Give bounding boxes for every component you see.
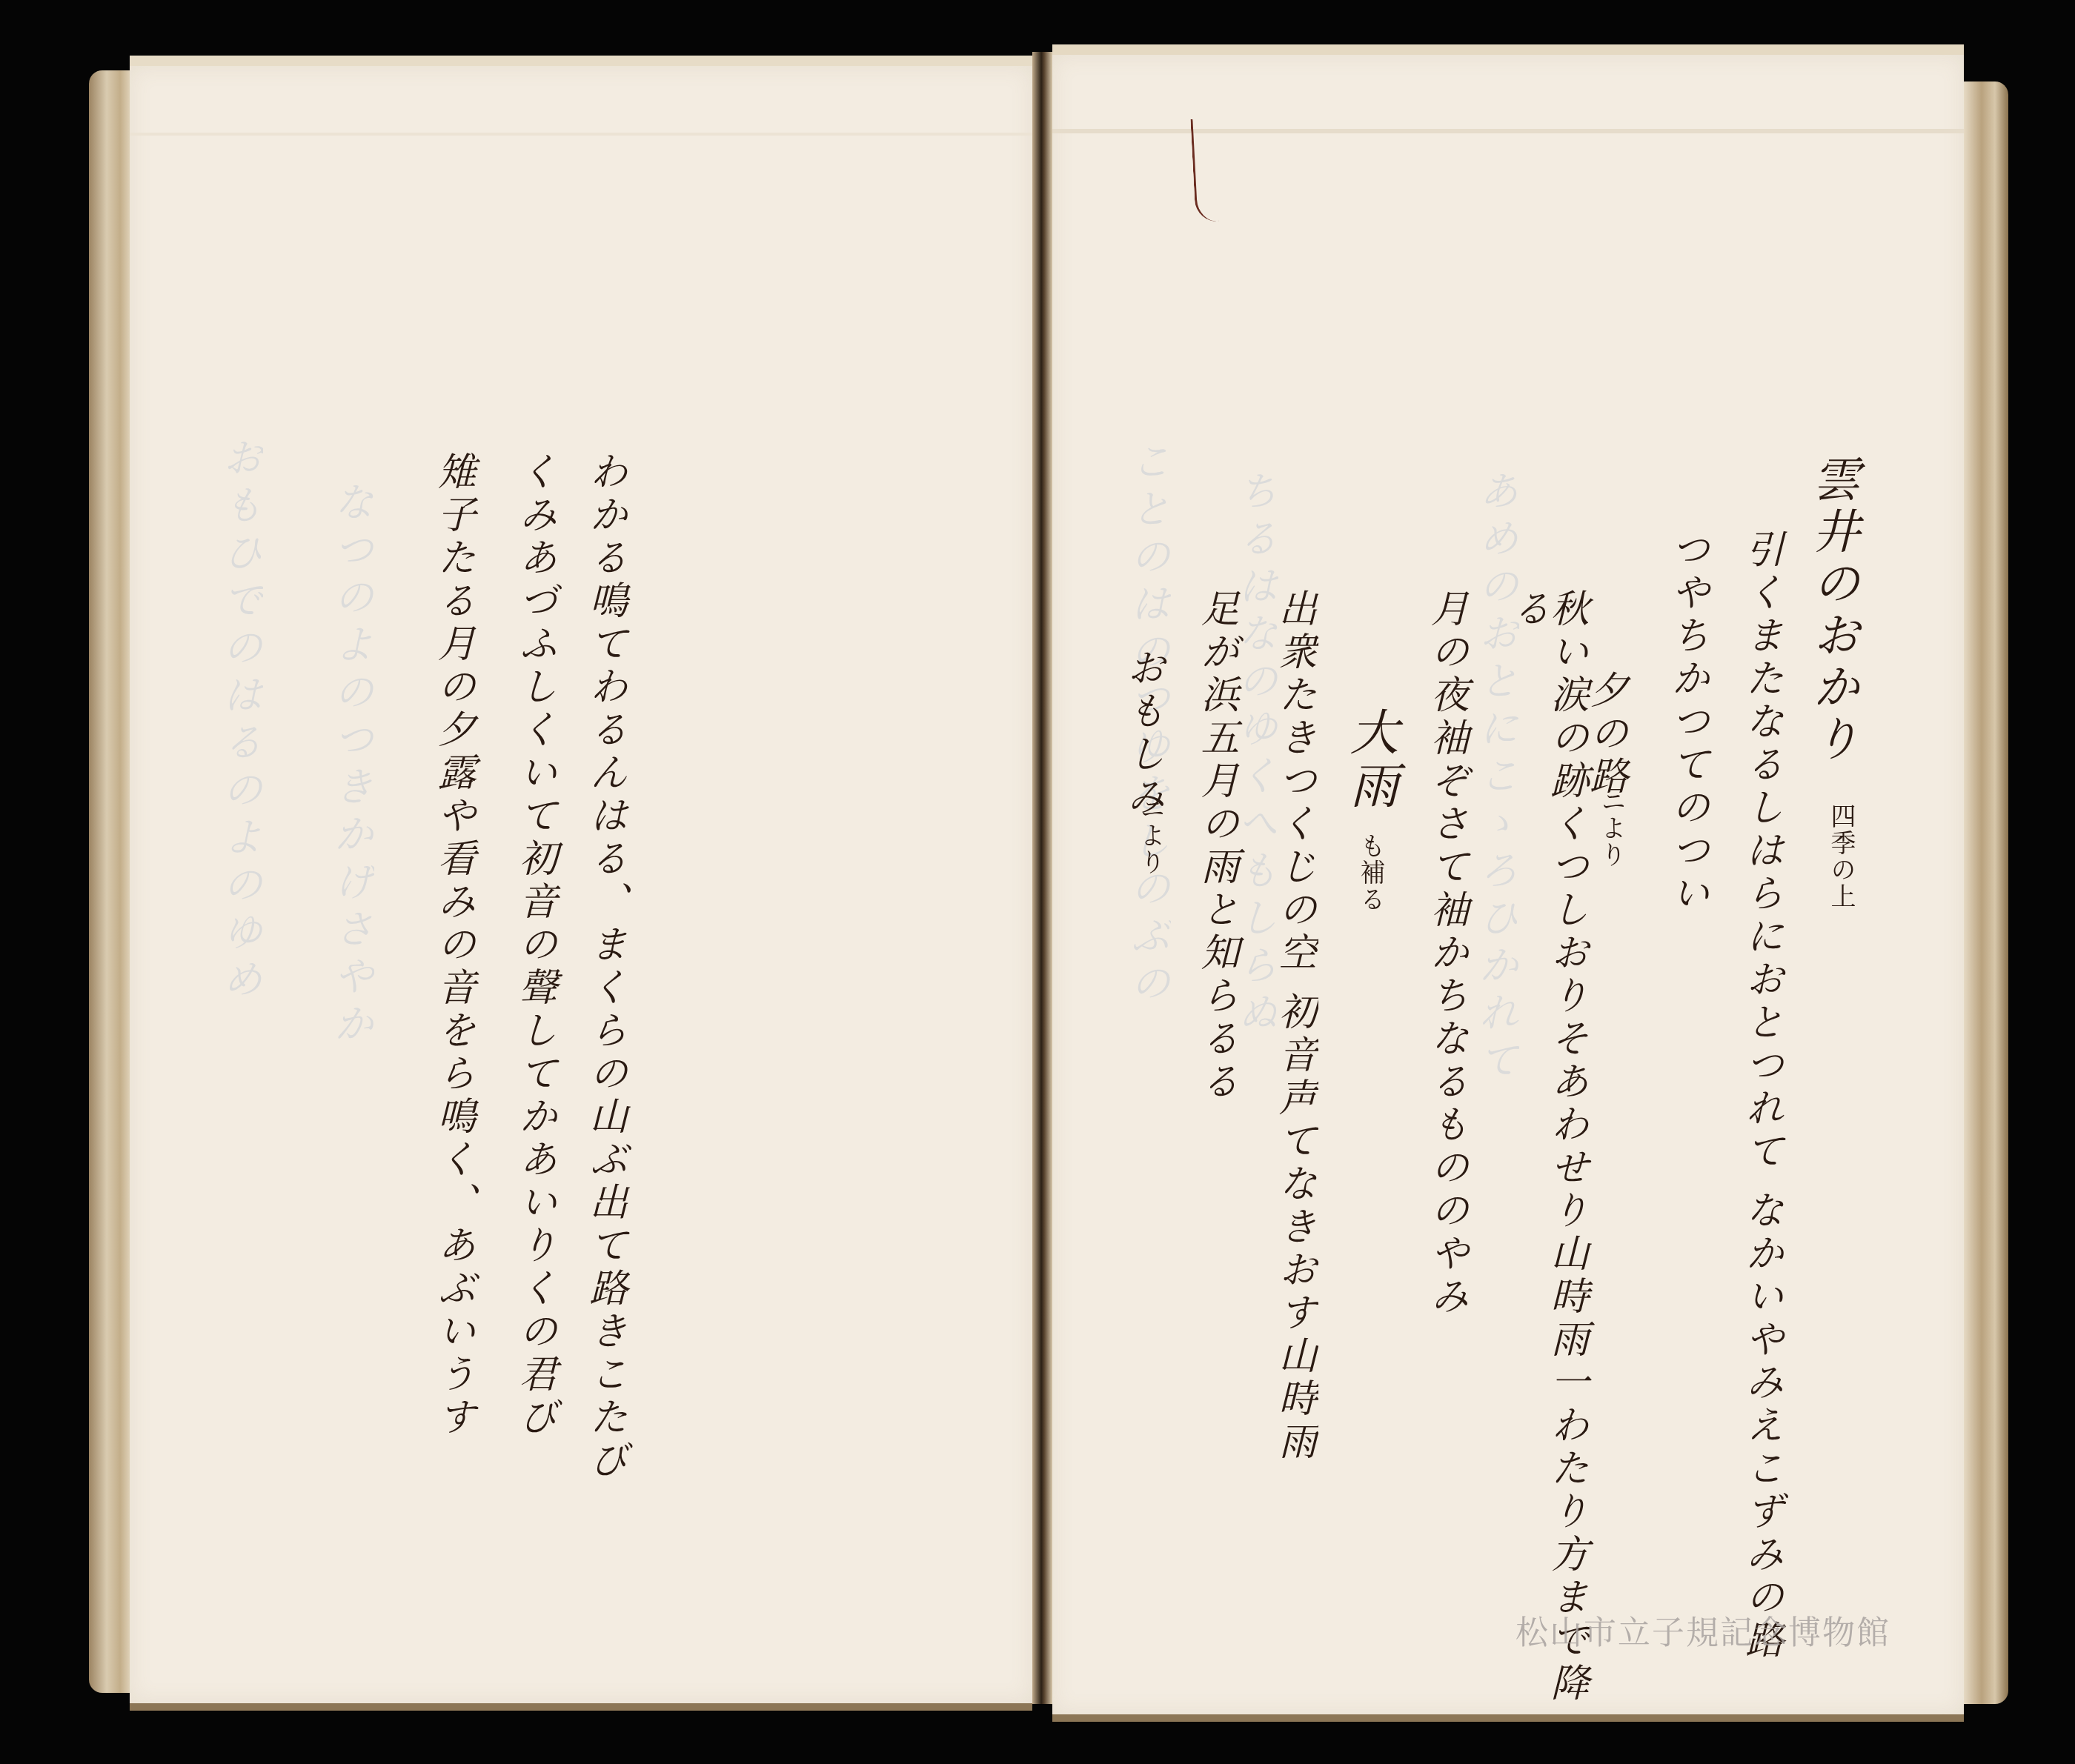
manuscript-heading: 雲井のおかり (1808, 455, 1856, 766)
book-gutter (1032, 52, 1052, 1704)
left-page-edges (89, 70, 133, 1693)
manuscript-annotation: 四季の上 (1823, 803, 1859, 910)
manuscript-annotation: も補る (1352, 833, 1389, 913)
manuscript-column-3: 雉子たる月の夕露や看みの音をら鳴く、あぶいうす (434, 451, 472, 1440)
manuscript-annotation: ニより (1132, 796, 1169, 876)
manuscript-column-5: 秋い涙の跡くつしおりそあわせり山時雨一わたり方まで降る (1508, 588, 1585, 1714)
manuscript-column-1: わかる鳴てわるんはる、まくらの山ぶ出て路きこたび (585, 451, 624, 1482)
manuscript-column-10: おもしみ (1123, 648, 1161, 819)
manuscript-column-2: 引くまたなるしはらにおとつれて なかいやみえこずみの路 (1742, 529, 1780, 1663)
right-page-edges (1964, 81, 2008, 1704)
open-book: おもひでのはるのよのゆめ なつのよのつきかげさやか わかる鳴てわるんはる、まくら… (0, 0, 2075, 1764)
manuscript-column-7: 大雨 (1345, 707, 1394, 813)
right-page-text: 雲井のおかり 四季の上 引くまたなるしはらにおとつれて なかいやみえこずみの路 … (1052, 55, 1964, 1714)
manuscript-column-4: 夕の路 (1586, 670, 1624, 799)
manuscript-column-8: 出衆たきつくじの空 初音声てなきおす山時雨 (1275, 588, 1313, 1465)
manuscript-column-6: 月の夜袖ぞさて袖かちなるもののやみ (1427, 588, 1465, 1319)
manuscript-column-9: 足が浜五月の雨と知らるる (1197, 588, 1235, 1104)
manuscript-column-3: つやちかつてのつい (1667, 529, 1706, 916)
manuscript-column-2: くみあづふしくいて初音の聲してかあいりくの君び (515, 451, 554, 1440)
manuscript-annotation: ニより (1593, 788, 1630, 868)
left-page-text: わかる鳴てわるんはる、まくらの山ぶ出て路きこたび くみあづふしくいて初音の聲して… (130, 66, 1032, 1703)
museum-watermark: 松山市立子規記念博物館 (1515, 1606, 1890, 1654)
left-page: おもひでのはるのよのゆめ なつのよのつきかげさやか わかる鳴てわるんはる、まくら… (130, 56, 1032, 1711)
right-page: ことのはのつゆをしのぶの ちるはなのゆくへもしらぬ あめのおとにこゝろひかれて … (1052, 44, 1964, 1722)
